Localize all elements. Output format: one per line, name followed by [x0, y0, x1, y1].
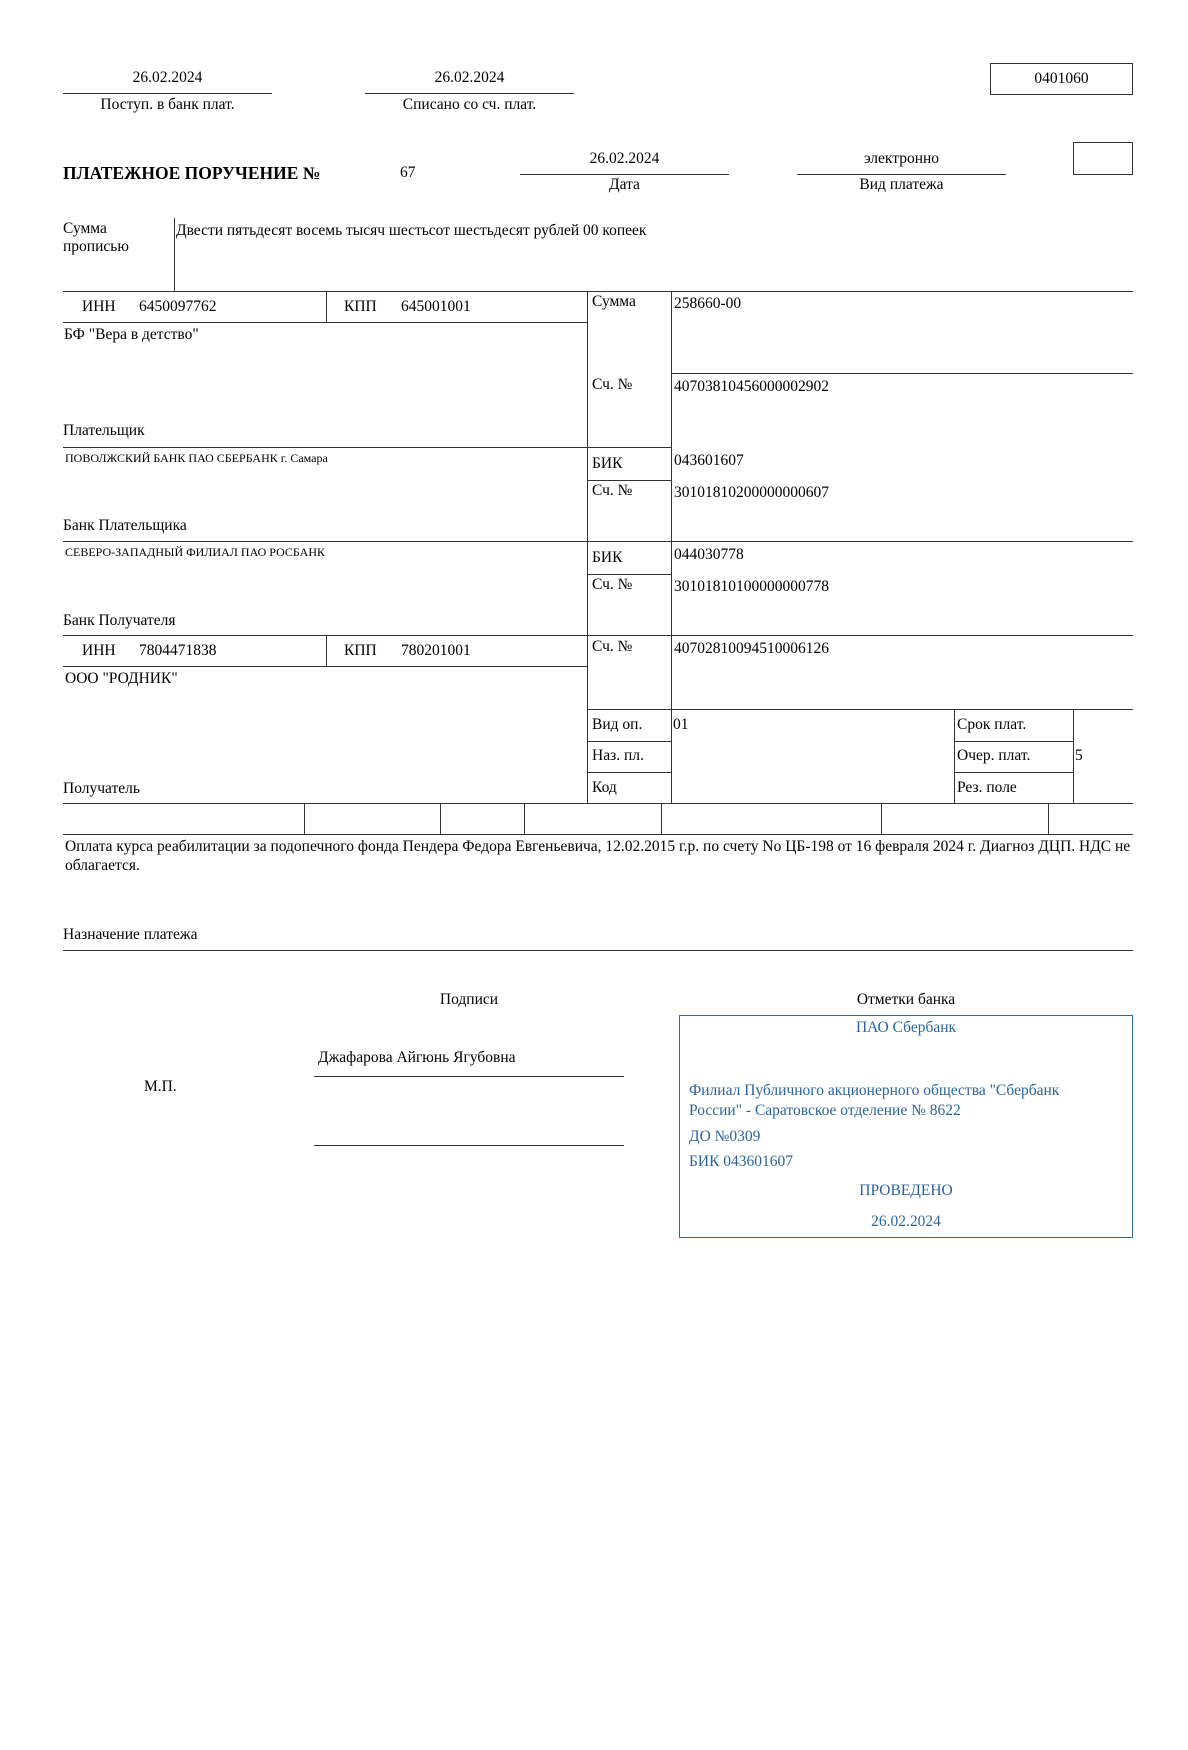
divider [797, 174, 1006, 175]
divider [671, 291, 672, 803]
stamp-bank: ПАО Сбербанк [680, 1019, 1132, 1037]
payment-type: электронно [797, 150, 1006, 168]
payment-type-label: Вид платежа [797, 176, 1006, 194]
payer-bank-account: 30101810200000000607 [674, 484, 829, 502]
payer-kpp: 645001001 [401, 298, 471, 316]
payer-account: 40703810456000002902 [674, 378, 829, 396]
divider [63, 950, 1133, 951]
divider [881, 803, 882, 834]
priority-label: Очер. плат. [957, 747, 1030, 765]
divider [63, 541, 1133, 542]
page-title: ПЛАТЕЖНОЕ ПОРУЧЕНИЕ № [63, 163, 320, 184]
payee-kpp: 780201001 [401, 642, 471, 660]
payee-bank-account: 30101810100000000778 [674, 578, 829, 596]
divider [63, 291, 1133, 292]
stamp-date: 26.02.2024 [680, 1213, 1132, 1231]
payee-label: Получатель [63, 780, 140, 798]
signature-line [314, 1145, 624, 1146]
divider [954, 709, 955, 803]
term-label: Срок плат. [957, 716, 1026, 734]
code-label: Код [592, 779, 617, 797]
payee-account: 40702810094510006126 [674, 640, 829, 658]
payee-name: ООО "РОДНИК" [65, 670, 178, 688]
payee-inn-label: ИНН [82, 642, 116, 660]
status-box [1073, 142, 1133, 175]
divider [524, 803, 525, 834]
stamp-bik: БИК 043601607 [689, 1153, 793, 1171]
stamp-status: ПРОВЕДЕНО [680, 1182, 1132, 1200]
stamp-branch: Филиал Публичного акционерного общества … [689, 1081, 1109, 1121]
amount-words-label: Сумма прописью [63, 220, 163, 256]
divider [440, 803, 441, 834]
payer-account-label: Сч. № [592, 376, 632, 394]
divider [587, 741, 671, 742]
divider [954, 741, 1073, 742]
stamp-place: М.П. [144, 1078, 177, 1096]
order-date: 26.02.2024 [520, 150, 729, 168]
divider [63, 93, 272, 94]
payer-kpp-label: КПП [344, 298, 377, 316]
divider [587, 480, 671, 481]
amount-words-value: Двести пятьдесят восемь тысяч шестьсот ш… [176, 222, 646, 240]
signatures-label: Подписи [369, 991, 569, 1009]
amount-label: Сумма [592, 293, 636, 311]
divider [661, 803, 662, 834]
divider [63, 834, 1133, 835]
payer-label: Плательщик [63, 422, 145, 440]
divider [1073, 709, 1074, 803]
divider [63, 635, 1133, 636]
divider [587, 574, 671, 575]
payee-account-label: Сч. № [592, 638, 632, 656]
payee-bank-name: СЕВЕРО-ЗАПАДНЫЙ ФИЛИАЛ ПАО РОСБАНК [65, 545, 325, 560]
payee-bank-account-label: Сч. № [592, 576, 632, 594]
received-date: 26.02.2024 [63, 69, 272, 87]
signature-line [314, 1076, 624, 1077]
payee-bank-label: Банк Получателя [63, 612, 176, 630]
divider [587, 291, 588, 803]
form-code: 0401060 [991, 70, 1132, 88]
op-type-label: Вид оп. [592, 716, 642, 734]
payer-bank-bik-label: БИК [592, 455, 622, 473]
op-type: 01 [673, 716, 689, 734]
payer-inn: 6450097762 [139, 298, 217, 316]
debited-date: 26.02.2024 [365, 69, 574, 87]
priority-value: 5 [1075, 747, 1083, 765]
divider [326, 291, 327, 322]
reserve-label: Рез. поле [957, 779, 1017, 797]
divider [63, 803, 1133, 804]
divider [1048, 803, 1049, 834]
payer-bank-label: Банк Плательщика [63, 517, 187, 535]
divider [954, 772, 1073, 773]
amount-value: 258660-00 [674, 295, 741, 313]
divider [304, 803, 305, 834]
divider [63, 666, 587, 667]
divider [326, 635, 327, 666]
order-date-label: Дата [520, 176, 729, 194]
debited-label: Списано со сч. плат. [365, 96, 574, 114]
signer-name: Джафарова Айгюнь Ягубовна [318, 1049, 516, 1067]
divider [365, 93, 574, 94]
received-label: Поступ. в банк плат. [63, 96, 272, 114]
divider [587, 373, 671, 374]
payer-bank-name: ПОВОЛЖСКИЙ БАНК ПАО СБЕРБАНК г. Самара [65, 451, 328, 466]
purpose-label: Назначение платежа [63, 926, 198, 944]
form-code-box: 0401060 [990, 63, 1133, 95]
payer-name: БФ "Вера в детство" [64, 326, 199, 344]
divider [671, 373, 1133, 374]
purpose-code-label: Наз. пл. [592, 747, 644, 765]
stamp-office: ДО №0309 [689, 1128, 760, 1146]
divider [174, 218, 175, 291]
divider [587, 772, 671, 773]
divider [587, 709, 1133, 710]
bank-stamp: ПАО Сбербанк Филиал Публичного акционерн… [679, 1015, 1133, 1238]
payee-kpp-label: КПП [344, 642, 377, 660]
payee-bank-bik: 044030778 [674, 546, 744, 564]
payer-inn-label: ИНН [82, 298, 116, 316]
order-number: 67 [400, 164, 416, 182]
payer-bank-account-label: Сч. № [592, 482, 632, 500]
divider [520, 174, 729, 175]
bank-marks-label: Отметки банка [806, 991, 1006, 1009]
payee-bank-bik-label: БИК [592, 549, 622, 567]
payer-bank-bik: 043601607 [674, 452, 744, 470]
payee-inn: 7804471838 [139, 642, 217, 660]
divider [63, 322, 587, 323]
divider [63, 447, 671, 448]
purpose-text: Оплата курса реабилитации за подопечного… [65, 837, 1131, 875]
